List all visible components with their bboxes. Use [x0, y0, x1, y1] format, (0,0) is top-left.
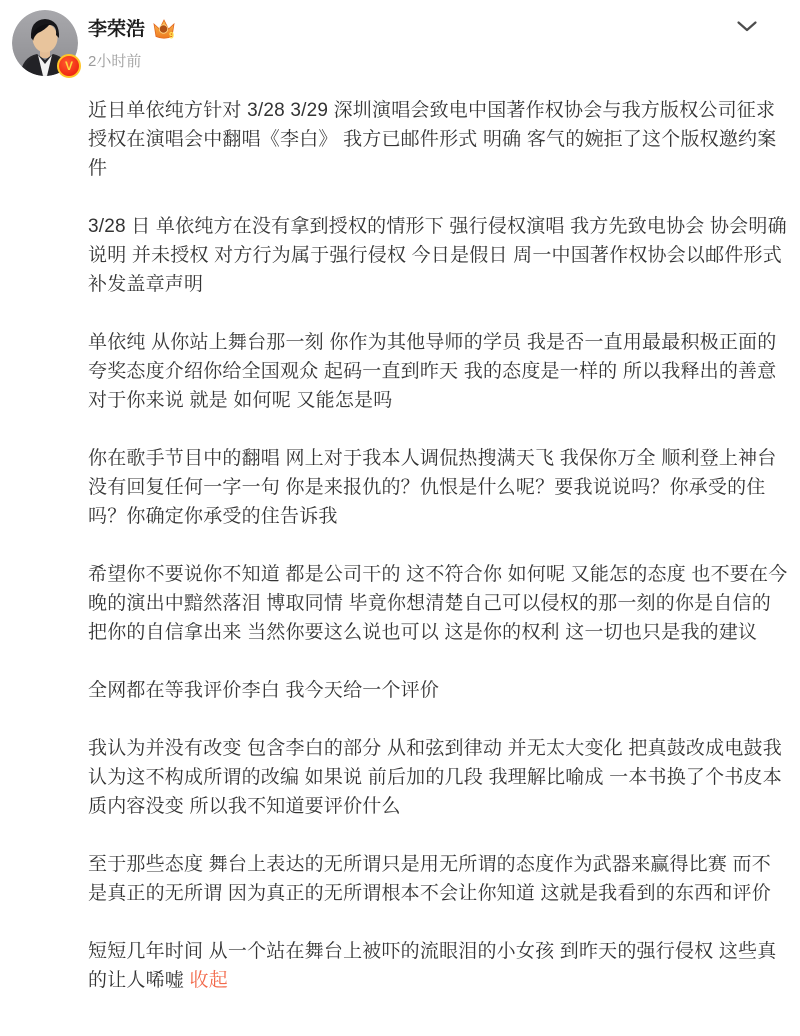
avatar[interactable]: V — [12, 10, 78, 76]
post-paragraph: 近日单依纯方针对 3/28 3/29 深圳演唱会致电中国著作权协会与我方版权公司… — [88, 96, 790, 183]
post-content: 近日单依纯方针对 3/28 3/29 深圳演唱会致电中国著作权协会与我方版权公司… — [0, 76, 800, 995]
post-paragraph: 短短几年时间 从一个站在舞台上被吓的流眼泪的小女孩 到昨天的强行侵权 这些真的让… — [88, 937, 790, 995]
verified-v-icon: V — [57, 54, 81, 78]
post-paragraph: 希望你不要说你不知道 都是公司干的 这不符合你 如何呢 又能怎的态度 也不要在今… — [88, 560, 790, 647]
timestamp: 2小时前 — [88, 50, 177, 71]
collapse-link[interactable]: 收起 — [190, 970, 228, 991]
post-paragraph: 3/28 日 单依纯方在没有拿到授权的情形下 强行侵权演唱 我方先致电协会 协会… — [88, 212, 790, 299]
post-paragraph: 我认为并没有改变 包含李白的部分 从和弦到律动 并无太大变化 把真鼓改成电鼓我认… — [88, 734, 790, 821]
post-paragraph: 单依纯 从你站上舞台那一刻 你作为其他导师的学员 我是否一直用最最积极正面的夸奖… — [88, 328, 790, 415]
author-name[interactable]: 李荣浩 — [88, 14, 145, 41]
vip-level-number: 9 — [169, 30, 174, 40]
post-header: V 李荣浩 9 2小时前 — [0, 0, 800, 76]
post-paragraph: 全网都在等我评价李白 我今天给一个评价 — [88, 676, 790, 705]
chevron-down-icon[interactable] — [736, 20, 758, 38]
post-paragraph: 你在歌手节目中的翻唱 网上对于我本人调侃热搜满天飞 我保你万全 顺利登上神台没有… — [88, 444, 790, 531]
vip-crown-icon: 9 — [151, 17, 177, 41]
header-info: 李荣浩 9 2小时前 — [88, 10, 177, 71]
post-paragraph: 至于那些态度 舞台上表达的无所谓只是用无所谓的态度作为武器来赢得比赛 而不是真正… — [88, 850, 790, 908]
